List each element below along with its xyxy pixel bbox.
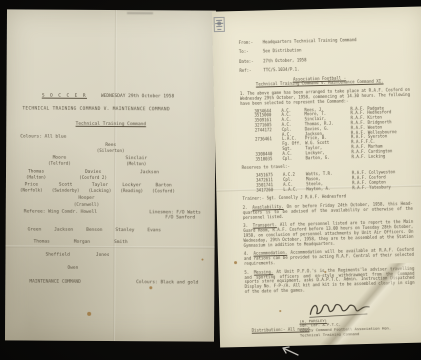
handwritten-signature-icon <box>307 298 374 322</box>
player: Lockyer(Reading) <box>120 183 143 194</box>
opponent-name: Smith <box>114 240 128 245</box>
signatory-role-2: Technical Training Command <box>300 330 416 337</box>
player: Moore(Telford) <box>48 156 71 167</box>
roster-cell: Barton, G. <box>305 155 351 161</box>
memo-field-label: Date:- <box>239 59 263 64</box>
linesmen-block: Linesmen: F/O Watts F/O Sanford <box>149 210 201 221</box>
referee-line: Referee: Wing Comdr. Howell <box>24 209 97 220</box>
opponent-formation: GreenJacksonBensonStanleyEvansThomasMorg… <box>17 227 214 272</box>
right-document: From:-Headquarters Technical Training Co… <box>212 6 421 347</box>
memo-field-value: Headquarters Technical Training Command <box>263 38 357 45</box>
linesmen-line: F/O Sanford <box>149 215 201 221</box>
opponent-row: ThomasMorganSmith <box>34 240 215 246</box>
player: Scott(Swinderby) <box>52 183 80 194</box>
formation-row: Moore(Telford)Sinclair(Melton) <box>18 156 203 168</box>
player-station: (Cosford 2) <box>79 175 107 180</box>
memo-field: Ref:-TTC/S.1034/P.1. <box>239 65 413 74</box>
player-station: (Locking) <box>89 188 112 193</box>
opponent-footer-row: MAINTENANCE COMMAND Colours: Black and g… <box>29 280 198 286</box>
roster-cell: 3417260 <box>256 187 283 192</box>
player: Barton(Cosford) <box>152 183 175 194</box>
match-title-row: S O C C E R WEDNESDAY 29th October 1958 <box>6 93 215 99</box>
reserves-roster: 3451675A.C.2Watts, T.R.R.A.F. Collywesto… <box>256 170 416 193</box>
left-document: S O C C E R WEDNESDAY 29th October 1958 … <box>5 9 216 341</box>
signature-area: Distribution:- All named (A. PARSLEY) Sq… <box>245 297 421 360</box>
memo-field-label: To:- <box>239 50 263 55</box>
signatory-rank: Sqn. Ldr. A.P.T.C. <box>300 321 416 328</box>
roster-cell: 3510035 <box>255 156 282 161</box>
roster-cell: R.A.F. Locking <box>351 153 415 159</box>
player-station: (Silverton) <box>97 148 125 153</box>
opponent-name: Evans <box>147 228 161 233</box>
player-name: Jackson <box>140 170 159 175</box>
team-formation: Rees(Silverton)Moore(Telford)Sinclair(Me… <box>18 142 203 207</box>
player: Thomas(Halton) <box>26 169 46 180</box>
player: Hooper(Cranwell) <box>74 196 99 207</box>
memo-field: From:-Headquarters Technical Training Co… <box>239 37 413 46</box>
player-station: (Norfolk) <box>20 188 43 193</box>
memo-content: From:-Headquarters Technical Training Co… <box>212 6 421 347</box>
memo-paragraph-1: 1. The above game has been arranged to t… <box>240 88 414 107</box>
fixture-line: TECHNICAL TRAINING COMMAND V. MAINTENANC… <box>6 107 215 113</box>
signatory-role-1: County Command Football Association Hon. <box>300 326 416 333</box>
opponent-row: Owen <box>67 266 214 272</box>
player-station: (Swinderby) <box>52 188 80 193</box>
player-station: (Cosford) <box>152 188 175 193</box>
match-date: WEDNESDAY 29th October 1958 <box>101 94 174 100</box>
opponent-name: Jones <box>96 253 110 258</box>
scratch-arrow-icon <box>278 344 300 357</box>
roster-cell: L.A.C. <box>283 187 306 192</box>
opponent-name: Green <box>28 227 42 232</box>
memo-header: From:-Headquarters Technical Training Co… <box>239 37 414 74</box>
player-station: (Cranwell) <box>74 201 99 206</box>
opponent-name: Thomas <box>34 240 50 245</box>
memo-paragraphs: 2. Availability. On or before Friday 24t… <box>243 202 419 295</box>
memo-subject: Association Football - Technical Trainin… <box>240 74 414 88</box>
opponent-name: Sheffield <box>45 253 69 258</box>
selected-players-roster: 3034644A.C.Rees, J.R.A.F. Padgate3515000… <box>254 105 415 162</box>
match-officials: Referee: Wing Comdr. Howell Linesmen: F/… <box>24 209 201 220</box>
memo-field: Date:-27th October, 1958 <box>239 56 413 65</box>
memo-field-value: TTC/S.1034/P.1. <box>263 68 299 74</box>
formation-row: Thomas(Halton)Davies(Cosford 2)Jackson <box>18 169 203 181</box>
opponent-name: Benson <box>86 228 102 233</box>
team-title: Technical Training Command <box>76 122 146 127</box>
player: Rees(Silverton) <box>97 143 125 154</box>
player-station: (Reading) <box>120 188 143 193</box>
player-station: (Halton) <box>26 174 46 179</box>
team-sheet-content: S O C C E R WEDNESDAY 29th October 1958 … <box>5 9 216 341</box>
roster-cell: Hayton, A. <box>306 186 352 192</box>
memo-paragraph: 5. Messing. At Unit P.F.O.'s is the Regi… <box>244 267 419 295</box>
memo-field-label: From:- <box>239 40 263 45</box>
opponent-name: Owen <box>67 266 78 271</box>
opponent-name: Jackson <box>54 227 73 232</box>
memo-paragraph: 2. Availability. On or before Friday 24t… <box>243 202 417 221</box>
opponent-name: Morgan <box>74 240 90 245</box>
opponent-name: Stanley <box>115 228 134 233</box>
roster-cell: Cpl. <box>282 156 305 161</box>
player: Davies(Cosford 2) <box>79 169 107 180</box>
opponent-colours-note: Colours: Black and gold <box>136 280 198 286</box>
memo-field: To:-See Distribution <box>239 46 413 55</box>
player-station: (Melton) <box>125 162 147 167</box>
opponent-team-name: MAINTENANCE COMMAND <box>29 280 81 286</box>
memo-paragraph: 4. Accommodation. Accommodation will be … <box>244 248 418 267</box>
player: Sinclair(Melton) <box>125 156 147 167</box>
formation-row: Price(Norfolk)Scott(Swinderby)Taylor(Loc… <box>18 182 203 194</box>
foxing-spot <box>324 271 326 273</box>
formation-row: Rees(Silverton) <box>18 142 203 154</box>
match-title: S O C C E R <box>42 94 87 99</box>
memo-field-value: 27th October, 1958 <box>263 58 306 64</box>
player: Taylor(Locking) <box>89 183 112 194</box>
opponent-row: SheffieldJones <box>45 253 214 259</box>
team-colours-note: Colours: All blue <box>6 134 215 140</box>
memo-field-value: See Distribution <box>263 49 302 55</box>
distribution-line: Distribution:- All named <box>252 327 310 333</box>
memo-paragraph: 3. Transport. All of the personnel liste… <box>243 220 418 248</box>
player: Price(Norfolk) <box>20 182 43 193</box>
player: Jackson <box>140 170 159 181</box>
team-title-line: Technical Training Command <box>6 122 215 128</box>
signature-block: (A. PARSLEY) Sqn. Ldr. A.P.T.C. County C… <box>299 297 416 338</box>
roster-cell: R.A.F. Yatesbury <box>352 184 416 190</box>
player-station: (Telford) <box>48 161 71 166</box>
signatory-name: (A. PARSLEY) <box>299 317 415 324</box>
memo-field-label: Ref:- <box>239 69 263 74</box>
photo-of-documents: S O C C E R WEDNESDAY 29th October 1958 … <box>0 0 421 360</box>
formation-row: Hooper(Cranwell) <box>18 196 203 208</box>
opponent-row: GreenJacksonBensonStanleyEvans <box>28 227 215 233</box>
